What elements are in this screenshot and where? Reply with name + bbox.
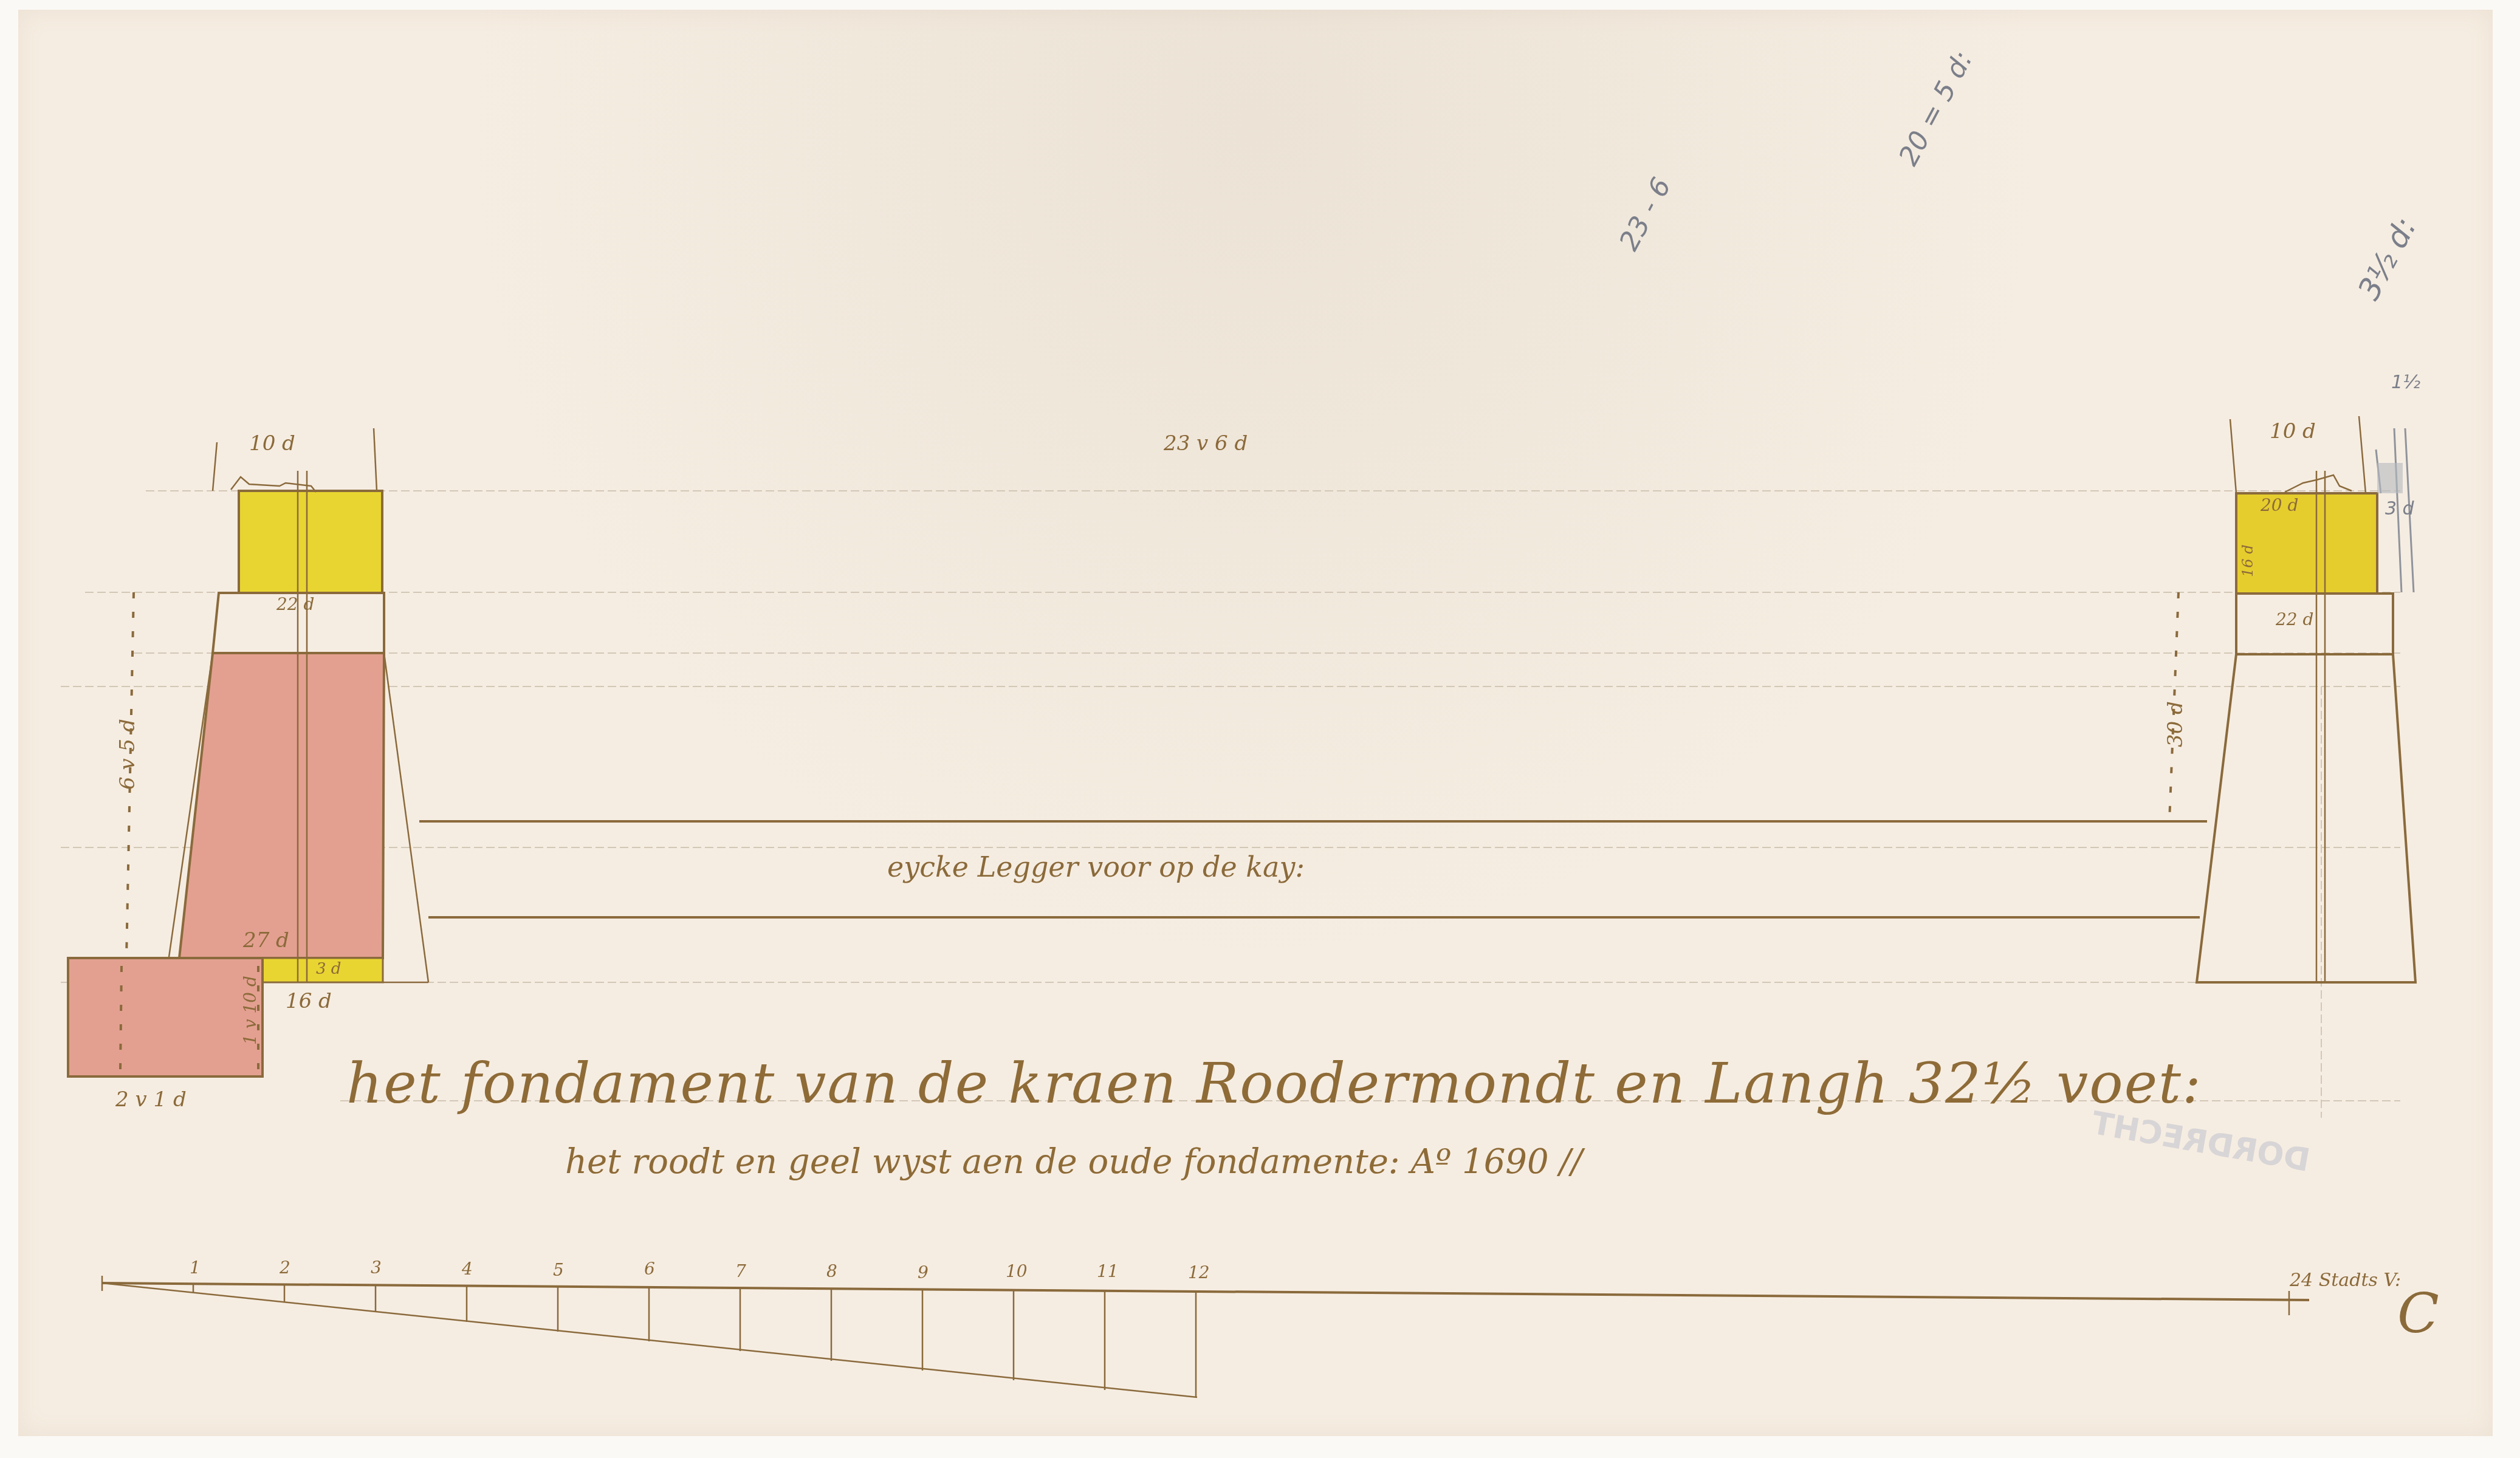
span-caption: eycke Legger voor op de kay: (887, 850, 1305, 883)
right-trapezoid (2197, 654, 2415, 982)
scale-tick-2: 2 (280, 1258, 290, 1278)
left-block-height-label: 1 v 10 d (240, 976, 260, 1045)
scale-tick-4: 4 (462, 1259, 473, 1279)
scale-tick-7: 7 (735, 1261, 746, 1281)
scale-tick-11: 11 (1097, 1261, 1119, 1281)
right-top-width-label: 10 d (2270, 419, 2316, 443)
left-block-width-label: 2 v 1 d (115, 1087, 187, 1112)
right-neck-width-label: 22 d (2276, 609, 2313, 629)
right-height-label: 30 d (2163, 701, 2188, 747)
left-yellow-cap (239, 491, 382, 593)
scale-end-label: 24 Stadts V: (2290, 1270, 2401, 1291)
scale-tick-8: 8 (826, 1261, 837, 1281)
construction-guidelines (61, 491, 2400, 1118)
left-base-width-label: 27 d (243, 928, 289, 953)
scale-tick-9: 9 (918, 1262, 929, 1282)
scale-bar (102, 1276, 2309, 1397)
left-neck-width-label: 22 d (276, 594, 314, 614)
left-red-foundation (179, 653, 384, 958)
left-footing-width-label: 16 d (286, 989, 332, 1013)
span-beams (419, 821, 2207, 917)
right-pencil-side: 3 d (2385, 498, 2414, 519)
scale-tick-1: 1 (190, 1258, 201, 1278)
right-yellow-height-label: 16 d (2239, 544, 2256, 577)
foundation-drawing (0, 0, 2520, 1458)
scale-tick-12: 12 (1188, 1262, 1210, 1282)
left-height-label: 6 v 5 d (115, 719, 140, 790)
left-yellow-label: 3 d (316, 960, 341, 978)
drawing-title: het fondament van de kraen Roodermondt e… (346, 1051, 2202, 1116)
scale-flourish: C (2397, 1282, 2439, 1346)
right-yellow-cap (2236, 493, 2377, 594)
left-red-block (68, 958, 263, 1076)
scale-tick-3: 3 (371, 1258, 382, 1278)
left-top-width-label: 10 d (249, 431, 295, 456)
drawing-subtitle: het roodt en geel wyst aen de oude fonda… (565, 1142, 1582, 1182)
span-top-label: 23 v 6 d (1164, 431, 1248, 456)
scale-tick-10: 10 (1006, 1261, 1028, 1281)
scale-tick-5: 5 (553, 1260, 564, 1280)
scale-tick-6: 6 (644, 1259, 655, 1279)
right-yellow-width-label: 20 d (2261, 495, 2298, 515)
right-pencil-fraction: 1½ (2391, 372, 2420, 393)
